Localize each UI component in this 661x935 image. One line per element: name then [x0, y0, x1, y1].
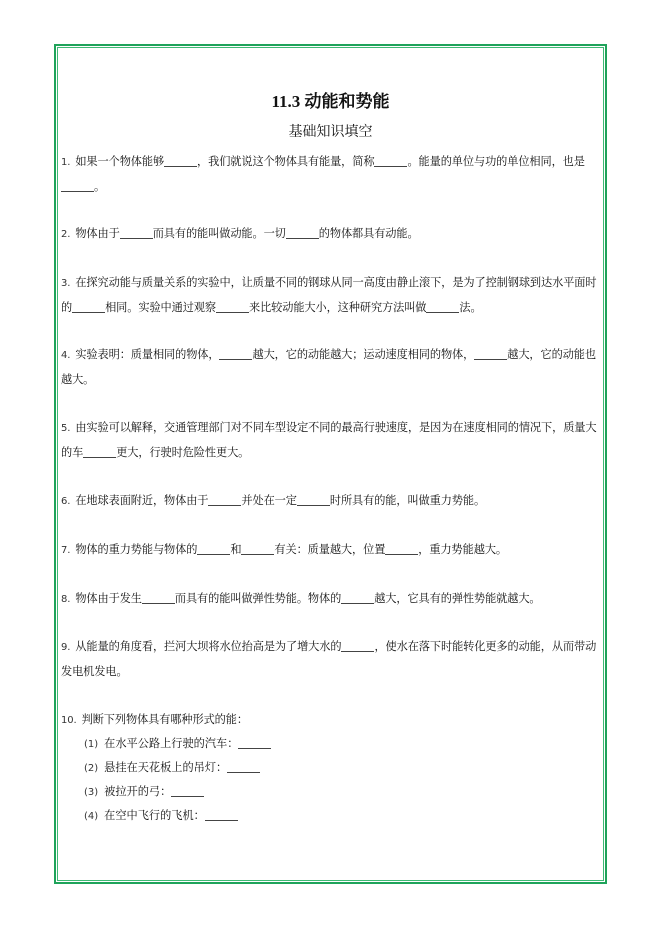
question-4: 4.实验表明：质量相同的物体，越大，它的动能越大；运动速度相同的物体，越大，它的… — [61, 343, 603, 392]
answer-blank[interactable] — [171, 784, 204, 797]
page-title: 11.3 动能和势能 — [0, 87, 661, 112]
answer-blank[interactable] — [120, 226, 153, 239]
answer-blank[interactable] — [341, 639, 374, 652]
answer-blank[interactable] — [385, 542, 418, 555]
answer-blank[interactable] — [197, 542, 230, 555]
section-subtitle: 基础知识填空 — [0, 121, 661, 141]
answer-blank[interactable] — [227, 760, 260, 773]
question-6: 6.在地球表面附近，物体由于并处在一定时所具有的能，叫做重力势能。 — [61, 489, 603, 514]
answer-blank[interactable] — [72, 300, 105, 313]
answer-blank[interactable] — [83, 445, 116, 458]
question-10: 10.判断下列物体具有哪种形式的能： — [61, 708, 603, 733]
answer-blank[interactable] — [208, 493, 241, 506]
question-1: 1.如果一个物体能够，我们就说这个物体具有能量，简称。能量的单位与功的单位相同，… — [61, 150, 603, 199]
answer-blank[interactable] — [205, 808, 238, 821]
question-2: 2.物体由于而具有的能叫做动能。一切的物体都具有动能。 — [61, 222, 603, 247]
question-8: 8.物体由于发生而具有的能叫做弹性势能。物体的越大，它具有的弹性势能就越大。 — [61, 587, 603, 612]
answer-blank[interactable] — [216, 300, 249, 313]
answer-blank[interactable] — [474, 347, 507, 360]
question-9: 9.从能量的角度看，拦河大坝将水位抬高是为了增大水的，使水在落下时能转化更多的动… — [61, 635, 603, 684]
answer-blank[interactable] — [142, 591, 175, 604]
question-5: 5.由实验可以解释，交通管理部门对不同车型设定不同的最高行驶速度，是因为在速度相… — [61, 416, 603, 465]
sub-item-4: (4)在空中飞行的飞机： — [84, 806, 238, 827]
sub-item-3: (3)被拉开的弓： — [84, 782, 204, 803]
answer-blank[interactable] — [241, 542, 274, 555]
question-7: 7.物体的重力势能与物体的和有关：质量越大，位置，重力势能越大。 — [61, 538, 603, 563]
answer-blank[interactable] — [219, 347, 252, 360]
answer-blank[interactable] — [61, 179, 94, 192]
answer-blank[interactable] — [297, 493, 330, 506]
sub-item-2: (2)悬挂在天花板上的吊灯： — [84, 758, 260, 779]
answer-blank[interactable] — [164, 154, 197, 167]
question-3: 3.在探究动能与质量关系的实验中，让质量不同的钢球从同一高度由静止滚下，是为了控… — [61, 271, 603, 320]
answer-blank[interactable] — [238, 736, 271, 749]
answer-blank[interactable] — [426, 300, 459, 313]
sub-item-1: (1)在水平公路上行驶的汽车： — [84, 734, 271, 755]
answer-blank[interactable] — [374, 154, 407, 167]
answer-blank[interactable] — [286, 226, 319, 239]
answer-blank[interactable] — [341, 591, 374, 604]
